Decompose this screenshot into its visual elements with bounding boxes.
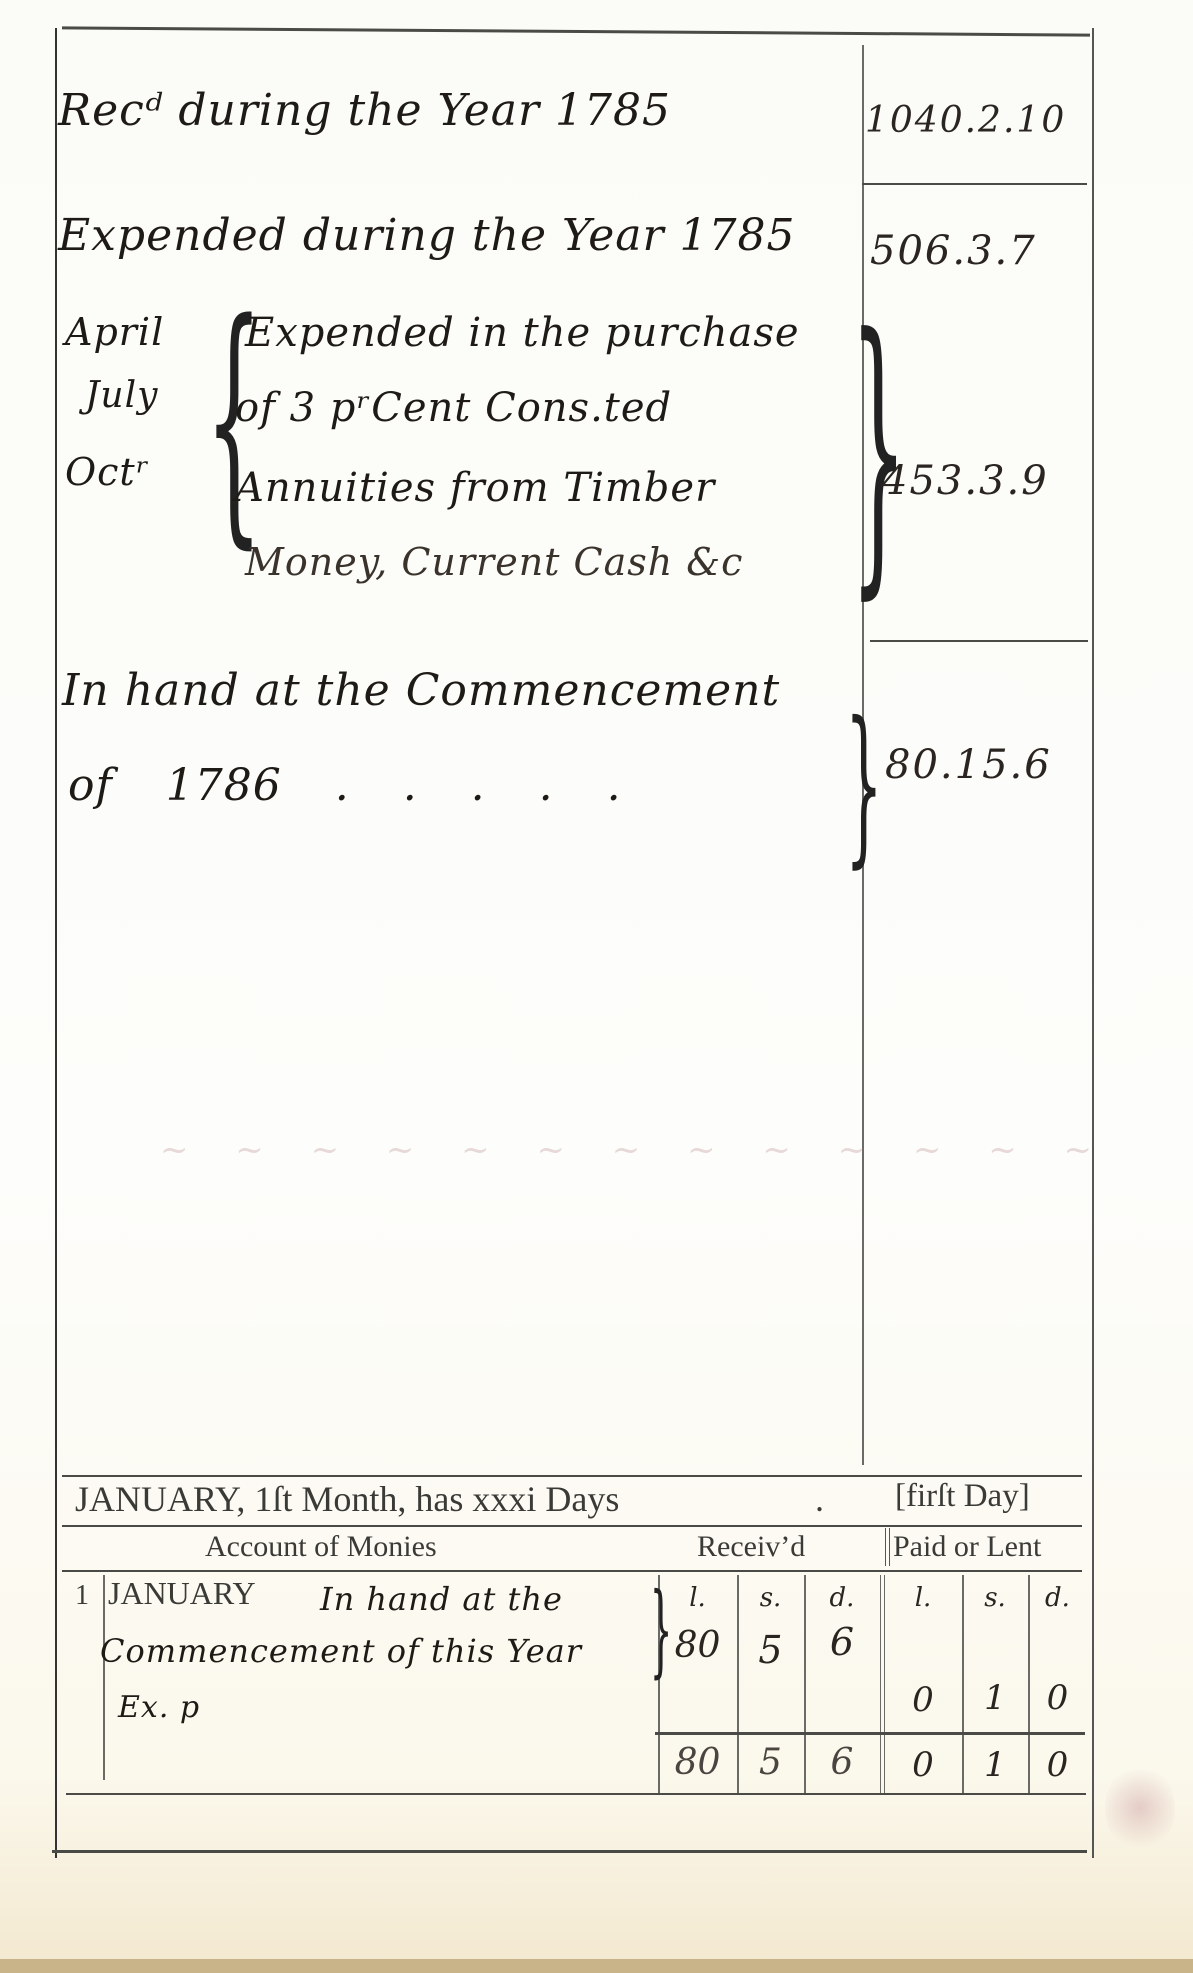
total-received-s: 5 — [739, 1742, 802, 1783]
day-column-divider — [103, 1575, 105, 1780]
entry-purchase-line-3: Annuities from Timber — [235, 465, 715, 511]
received-s-value: 5 — [739, 1628, 802, 1672]
entry-received-1785-label: Recᵈ during the Year 1785 — [58, 85, 671, 136]
entry-purchase-line-4: Money, Current Cash &c — [245, 540, 743, 584]
calendar-bottom-rule-1 — [66, 1793, 1086, 1795]
entry-in-hand-line-2: of 1786 . . . . . — [68, 760, 622, 811]
entry-received-1785-amount: 1040.2.10 — [865, 100, 1066, 141]
amount-rule-2 — [870, 640, 1088, 642]
calendar-first-day: [firſt Day] — [895, 1478, 1030, 1515]
calendar-title-dot: . — [815, 1478, 824, 1520]
total-paid-l: 0 — [886, 1745, 960, 1785]
unit-header-received-s: s. — [739, 1583, 802, 1613]
calendar-bottom-rule-2 — [52, 1850, 1087, 1853]
bleed-through-text: ~ ~ ~ ~ ~ ~ ~ ~ ~ ~ ~ ~ ~ — [160, 1130, 1110, 1170]
total-received-d: 6 — [806, 1742, 878, 1783]
ledger-page: Recᵈ during the Year 1785 1040.2.10 Expe… — [0, 0, 1193, 1973]
received-l-value: 80 — [660, 1625, 735, 1666]
column-header-paid: Paid or Lent — [893, 1530, 1041, 1564]
paid-d-value: 0 — [1030, 1678, 1085, 1718]
paid-divider-a — [880, 1575, 881, 1795]
row-entry-line-1: In hand at the — [320, 1580, 563, 1618]
calendar-month-title: JANUARY, 1ſt Month, has xxxi Days — [75, 1478, 619, 1520]
received-paid-double-divider-b — [889, 1528, 890, 1566]
totals-rule — [655, 1732, 1085, 1735]
unit-header-paid-s: s. — [964, 1583, 1026, 1613]
unit-header-paid-l: l. — [886, 1583, 960, 1613]
row-entry-line-2: Commencement of this Year — [100, 1632, 582, 1670]
entry-month-july: July — [85, 375, 158, 416]
calendar-top-rule — [62, 1475, 1082, 1477]
total-paid-d: 0 — [1030, 1745, 1085, 1785]
received-d-value: 6 — [806, 1620, 878, 1664]
entry-expended-1785-amount: 506.3.7 — [870, 228, 1037, 274]
paid-l-value: 0 — [886, 1680, 960, 1720]
column-header-received: Receiv’d — [697, 1530, 805, 1564]
right-brace: } — [850, 300, 907, 600]
total-received-l: 80 — [660, 1742, 735, 1783]
entry-purchase-line-2: of 3 pʳCent Cons.ted — [235, 385, 672, 431]
entry-month-april: April — [65, 310, 164, 354]
paid-s-value: 1 — [964, 1678, 1026, 1718]
column-header-account: Account of Monies — [205, 1530, 437, 1564]
total-paid-s: 1 — [964, 1745, 1026, 1785]
amount-rule-1 — [862, 183, 1087, 185]
entry-in-hand-line-1: In hand at the Commencement — [62, 665, 780, 716]
page-edge — [0, 1959, 1193, 1973]
unit-header-received-d: d. — [806, 1583, 878, 1613]
entry-month-october: Octʳ — [65, 450, 150, 494]
row-note: Ex. p — [118, 1690, 200, 1725]
entry-purchase-line-1: Expended in the purchase — [245, 310, 800, 356]
calendar-header-rule — [62, 1525, 1082, 1527]
entry-in-hand-amount: 80.15.6 — [885, 742, 1052, 788]
unit-header-received-l: l. — [660, 1583, 735, 1613]
row-day-number: 1 — [75, 1580, 89, 1612]
calendar-row-rule — [62, 1570, 1082, 1572]
entry-expended-1785-label: Expended during the Year 1785 — [58, 210, 795, 261]
unit-header-paid-d: d. — [1030, 1583, 1085, 1613]
received-paid-double-divider-a — [885, 1528, 886, 1566]
paid-divider-b — [884, 1575, 885, 1795]
entry-purchase-amount: 453.3.9 — [882, 458, 1049, 504]
in-hand-brace: } — [845, 700, 883, 870]
row-month: JANUARY — [108, 1575, 256, 1612]
